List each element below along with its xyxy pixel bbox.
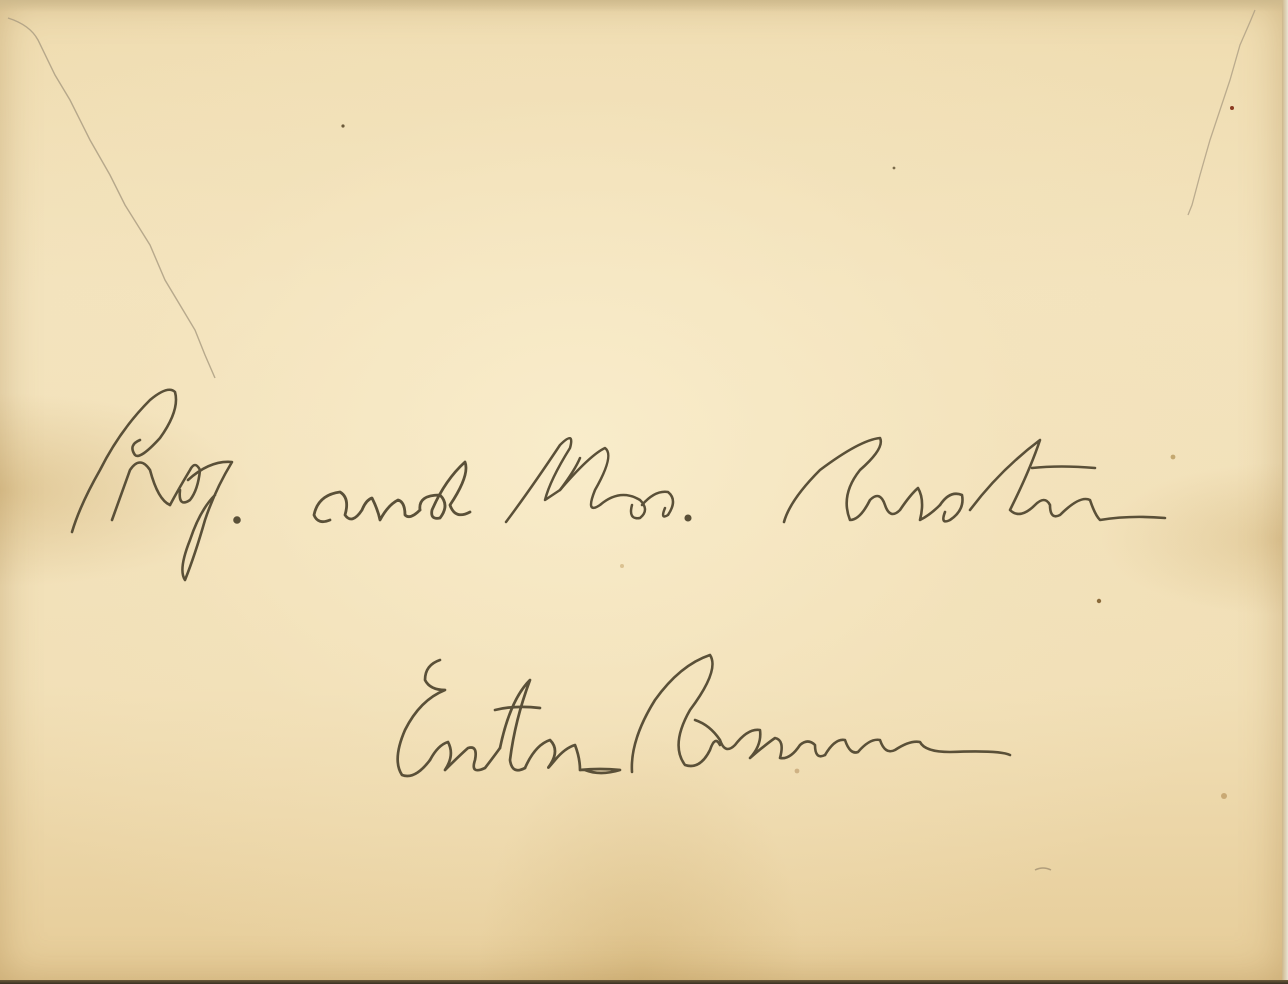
word-prof (72, 390, 240, 580)
word-avenue (632, 655, 1010, 772)
word-and (314, 462, 470, 522)
word-mrs (506, 438, 690, 522)
word-austin (784, 438, 1165, 522)
handwritten-address (0, 0, 1288, 984)
envelope: Prof. and Mrs. Austin Easton Avenue (0, 0, 1282, 980)
bottom-edge (0, 980, 1288, 984)
word-easton (398, 660, 620, 776)
right-edge (1282, 0, 1288, 984)
